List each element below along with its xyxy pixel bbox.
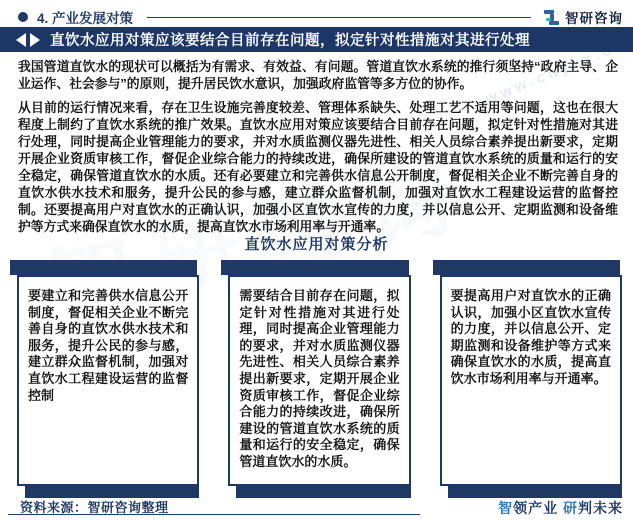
company-logo-text: 智研咨询 xyxy=(565,7,623,27)
analysis-card-2: 需要结合目前存在问题，拟定针对性措施对其进行处理，同时提高企业管理能力的要求，并… xyxy=(221,260,410,498)
headline-text: 直饮水应用对策应该要结合目前存在问题，拟定针对性措施对其进行处理 xyxy=(50,29,530,50)
report-page: 智研咨询 www.chyxx.com www.chyxx.com www.chy… xyxy=(0,0,633,521)
brand-slogan: 智领产业 研判未来 xyxy=(498,498,623,518)
slogan-part-2: 领产业 xyxy=(513,500,563,516)
bullet-icon xyxy=(18,12,28,22)
card-top-bar xyxy=(221,260,408,275)
card-body-text: 要建立和完善供水信息公开制度，督促相关企业不断完善自身的直饮水供水技术和服务，提… xyxy=(17,275,199,486)
analysis-section-title: 直饮水应用对策分析 xyxy=(0,233,633,254)
card-body-text: 要提高用户对直饮水的正确认识，加强小区直饮水宣传的力度，并以信息公开、定期监测和… xyxy=(440,275,622,486)
page-header: 4. 产业发展对策 智研咨询 xyxy=(18,6,623,28)
card-top-bar xyxy=(10,260,197,275)
card-bottom-bar xyxy=(448,486,622,498)
intro-paragraph-1: 我国管道直饮水的现状可以概括为有需求、有效益、有问题。管道直饮水系统的推行须坚持… xyxy=(18,58,618,92)
headline-banner: 直饮水应用对策应该要结合目前存在问题，拟定针对性措施对其进行处理 xyxy=(0,27,633,52)
footer-divider xyxy=(8,514,420,515)
analysis-cards: 要建立和完善供水信息公开制度，督促相关企业不断完善自身的直饮水供水技术和服务，提… xyxy=(10,260,622,498)
header-divider xyxy=(147,17,531,18)
diamond-icon xyxy=(16,33,40,47)
analysis-card-1: 要建立和完善供水信息公开制度，督促相关企业不断完善自身的直饮水供水技术和服务，提… xyxy=(10,260,199,498)
intro-paragraph-2: 从目前的运行情况来看，存在卫生设施完善度较差、管理体系缺失、处理工艺不适用等问题… xyxy=(18,99,618,235)
slogan-part-4: 判未来 xyxy=(578,500,623,516)
card-body-text: 需要结合目前存在问题，拟定针对性措施对其进行处理，同时提高企业管理能力的要求，并… xyxy=(228,275,410,486)
card-bottom-bar xyxy=(236,486,410,498)
card-top-bar xyxy=(433,260,620,275)
section-title: 4. 产业发展对策 xyxy=(37,7,133,27)
slogan-part-3: 研 xyxy=(563,500,578,516)
company-logo-icon xyxy=(543,9,560,26)
company-logo: 智研咨询 xyxy=(543,7,623,27)
analysis-card-3: 要提高用户对直饮水的正确认识，加强小区直饮水宣传的力度，并以信息公开、定期监测和… xyxy=(433,260,622,498)
slogan-part-1: 智 xyxy=(498,500,513,516)
intro-text-block: 我国管道直饮水的现状可以概括为有需求、有效益、有问题。管道直饮水系统的推行须坚持… xyxy=(18,58,618,235)
